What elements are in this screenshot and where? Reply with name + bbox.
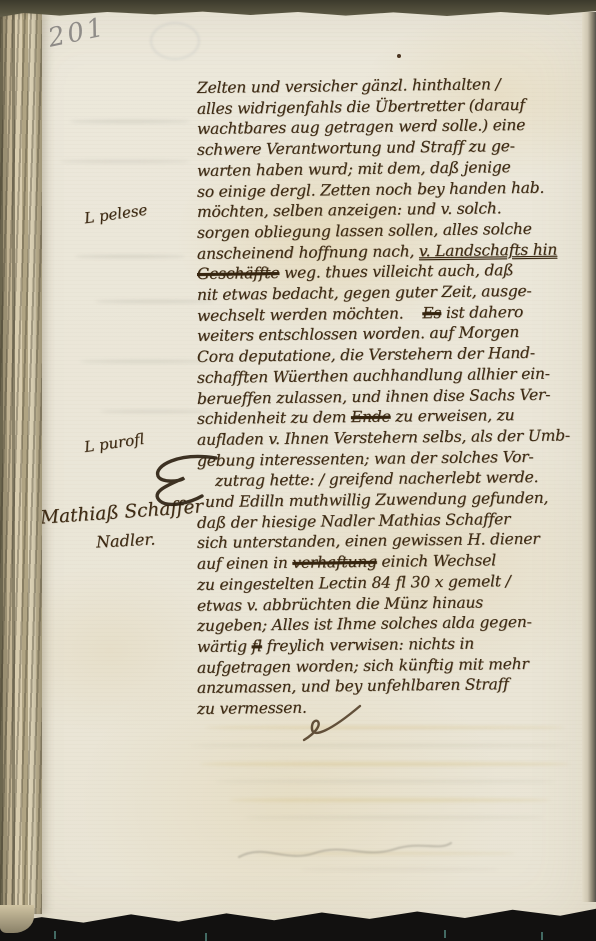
- underlined-text: v. Landschafts hin: [419, 240, 557, 260]
- page-edge-right: [582, 12, 596, 902]
- manuscript-line: wärtig fl freylich verwisen: nichts in: [197, 635, 474, 656]
- handwritten-text: schidenheit zu dem: [197, 408, 351, 428]
- margin-note-name-line2: Nadler.: [96, 529, 156, 551]
- bleedthrough-line: [70, 120, 190, 123]
- handwritten-text: einich Wechsel: [377, 551, 496, 570]
- handwritten-text: alles widrigenfahls die Übertretter (dar…: [197, 96, 525, 118]
- handwritten-text: so einige dergl. Zetten noch bey handen …: [197, 178, 544, 200]
- manuscript-line: Zelten und versicher gänzl. hinthalten /: [197, 75, 501, 97]
- manuscript-line: berueffen zulassen, und ihnen dise Sachs…: [197, 385, 550, 407]
- flourish-tail: [282, 702, 372, 746]
- struck-text: Ende: [351, 408, 391, 426]
- handwritten-text: daß der hiesige Nadler Mathias Schaffer: [197, 510, 510, 532]
- bleedthrough-line: [230, 798, 550, 802]
- bleedthrough-signature: [235, 833, 455, 867]
- handwritten-text: etwas v. abbrüchten die Münz hinaus: [197, 593, 483, 614]
- struck-text: Es: [422, 304, 441, 322]
- scan-background-mark: [54, 931, 56, 939]
- ink-speck: [397, 54, 401, 58]
- handwritten-text: ist dahero: [441, 303, 523, 322]
- handwritten-text: zu erweisen, zu: [390, 406, 514, 426]
- binding-edge-left: [0, 12, 42, 914]
- manuscript-line: daß der hiesige Nadler Mathias Schaffer: [197, 510, 510, 532]
- handwritten-text: warten haben wurd; mit dem, daß jenige: [197, 158, 511, 180]
- bleedthrough-line: [100, 410, 210, 413]
- bleedthrough-line: [200, 762, 570, 766]
- handwritten-text: auf einen in: [197, 554, 293, 573]
- handwritten-text: wechselt werden möchten.: [197, 304, 423, 325]
- bleedthrough-line: [190, 744, 570, 747]
- bleedthrough-line: [300, 868, 500, 871]
- handwritten-text: freylich verwisen: nichts in: [262, 635, 474, 656]
- manuscript-line: anscheinend hoffnung nach, v. Landschaft…: [197, 240, 557, 262]
- scan-background-mark: [444, 930, 446, 938]
- handwritten-text: gebung interessenten; wan der solches Vo…: [197, 447, 534, 469]
- handwritten-text: Zelten und versicher gänzl. hinthalten /: [197, 75, 501, 97]
- manuscript-line: so einige dergl. Zetten noch bey handen …: [197, 178, 544, 200]
- struck-text: Geschäffte: [197, 264, 280, 283]
- handwritten-text: aufgetragen worden; sich künftig mit meh…: [197, 655, 529, 677]
- handwritten-text: zu eingestelten Lectin 84 fl 30 x gemelt…: [197, 572, 511, 594]
- handwritten-text: weg. thues villeicht auch, daß: [279, 261, 513, 282]
- bleedthrough-line: [75, 255, 185, 258]
- bleedthrough-line: [215, 780, 555, 783]
- manuscript-line: gebung interessenten; wan der solches Vo…: [197, 447, 534, 469]
- manuscript-line: wechselt werden möchten. Es ist dahero: [197, 303, 523, 325]
- manuscript-line: etwas v. abbrüchten die Münz hinaus: [197, 593, 483, 614]
- struck-text: verhaftung: [292, 553, 377, 572]
- bleedthrough-line: [205, 726, 565, 729]
- manuscript-scan: 201 L pelese L purofl Mathiaß Schaffer N…: [0, 0, 596, 941]
- manuscript-line: auf einen in verhaftung einich Wechsel: [197, 551, 496, 573]
- manuscript-line: zu eingestelten Lectin 84 fl 30 x gemelt…: [197, 572, 511, 594]
- handwritten-text: anscheinend hoffnung nach,: [197, 242, 419, 263]
- manuscript-line: warten haben wurd; mit dem, daß jenige: [197, 158, 511, 180]
- bleedthrough-line: [80, 360, 210, 363]
- bleedthrough-line: [245, 816, 545, 819]
- scan-background-mark: [541, 932, 543, 940]
- manuscript-line: alles widrigenfahls die Übertretter (dar…: [197, 96, 525, 118]
- flourish-bracket: [148, 452, 220, 512]
- handwritten-text: berueffen zulassen, und ihnen dise Sachs…: [197, 385, 550, 407]
- handwritten-text: wärtig: [197, 637, 252, 656]
- bleedthrough-line: [60, 160, 190, 163]
- struck-text: fl: [251, 637, 262, 655]
- bleedthrough-ring: [150, 22, 200, 60]
- scan-background-mark: [205, 933, 207, 941]
- manuscript-line: aufgetragen worden; sich künftig mit meh…: [197, 655, 529, 677]
